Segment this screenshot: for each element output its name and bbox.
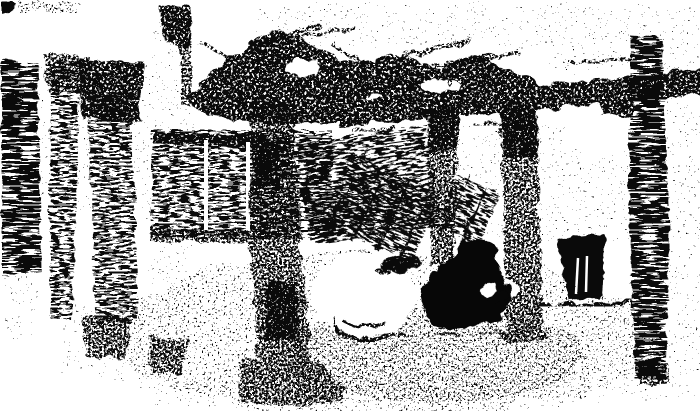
left-wall: Striped mud wall at far left (0, 58, 40, 332)
ground-speckle-bottom (140, 372, 560, 402)
middle-post-right-top (500, 104, 534, 154)
central-post-dark-patch-1 (252, 140, 278, 186)
matting-gap-1 (204, 140, 208, 230)
midground-stake-marks (118, 180, 134, 242)
shelter-photo-svg: Rough timber shelter with crouching figu… (0, 0, 700, 411)
pale-post-side-streak (178, 40, 189, 102)
top-edge-specks (18, 0, 78, 10)
ground-speckle-right (558, 312, 690, 394)
left-inner-post-cap (74, 56, 140, 120)
halftone-photograph: Rough timber shelter with crouching figu… (0, 0, 700, 411)
roof-light-gap-2 (418, 77, 458, 91)
small-dark-object-bump (372, 264, 388, 274)
left-wall-fade (0, 270, 34, 332)
roof-light-gap-1 (282, 58, 318, 74)
left-wall-texture (0, 58, 40, 275)
ground-speckle-left (58, 300, 178, 372)
